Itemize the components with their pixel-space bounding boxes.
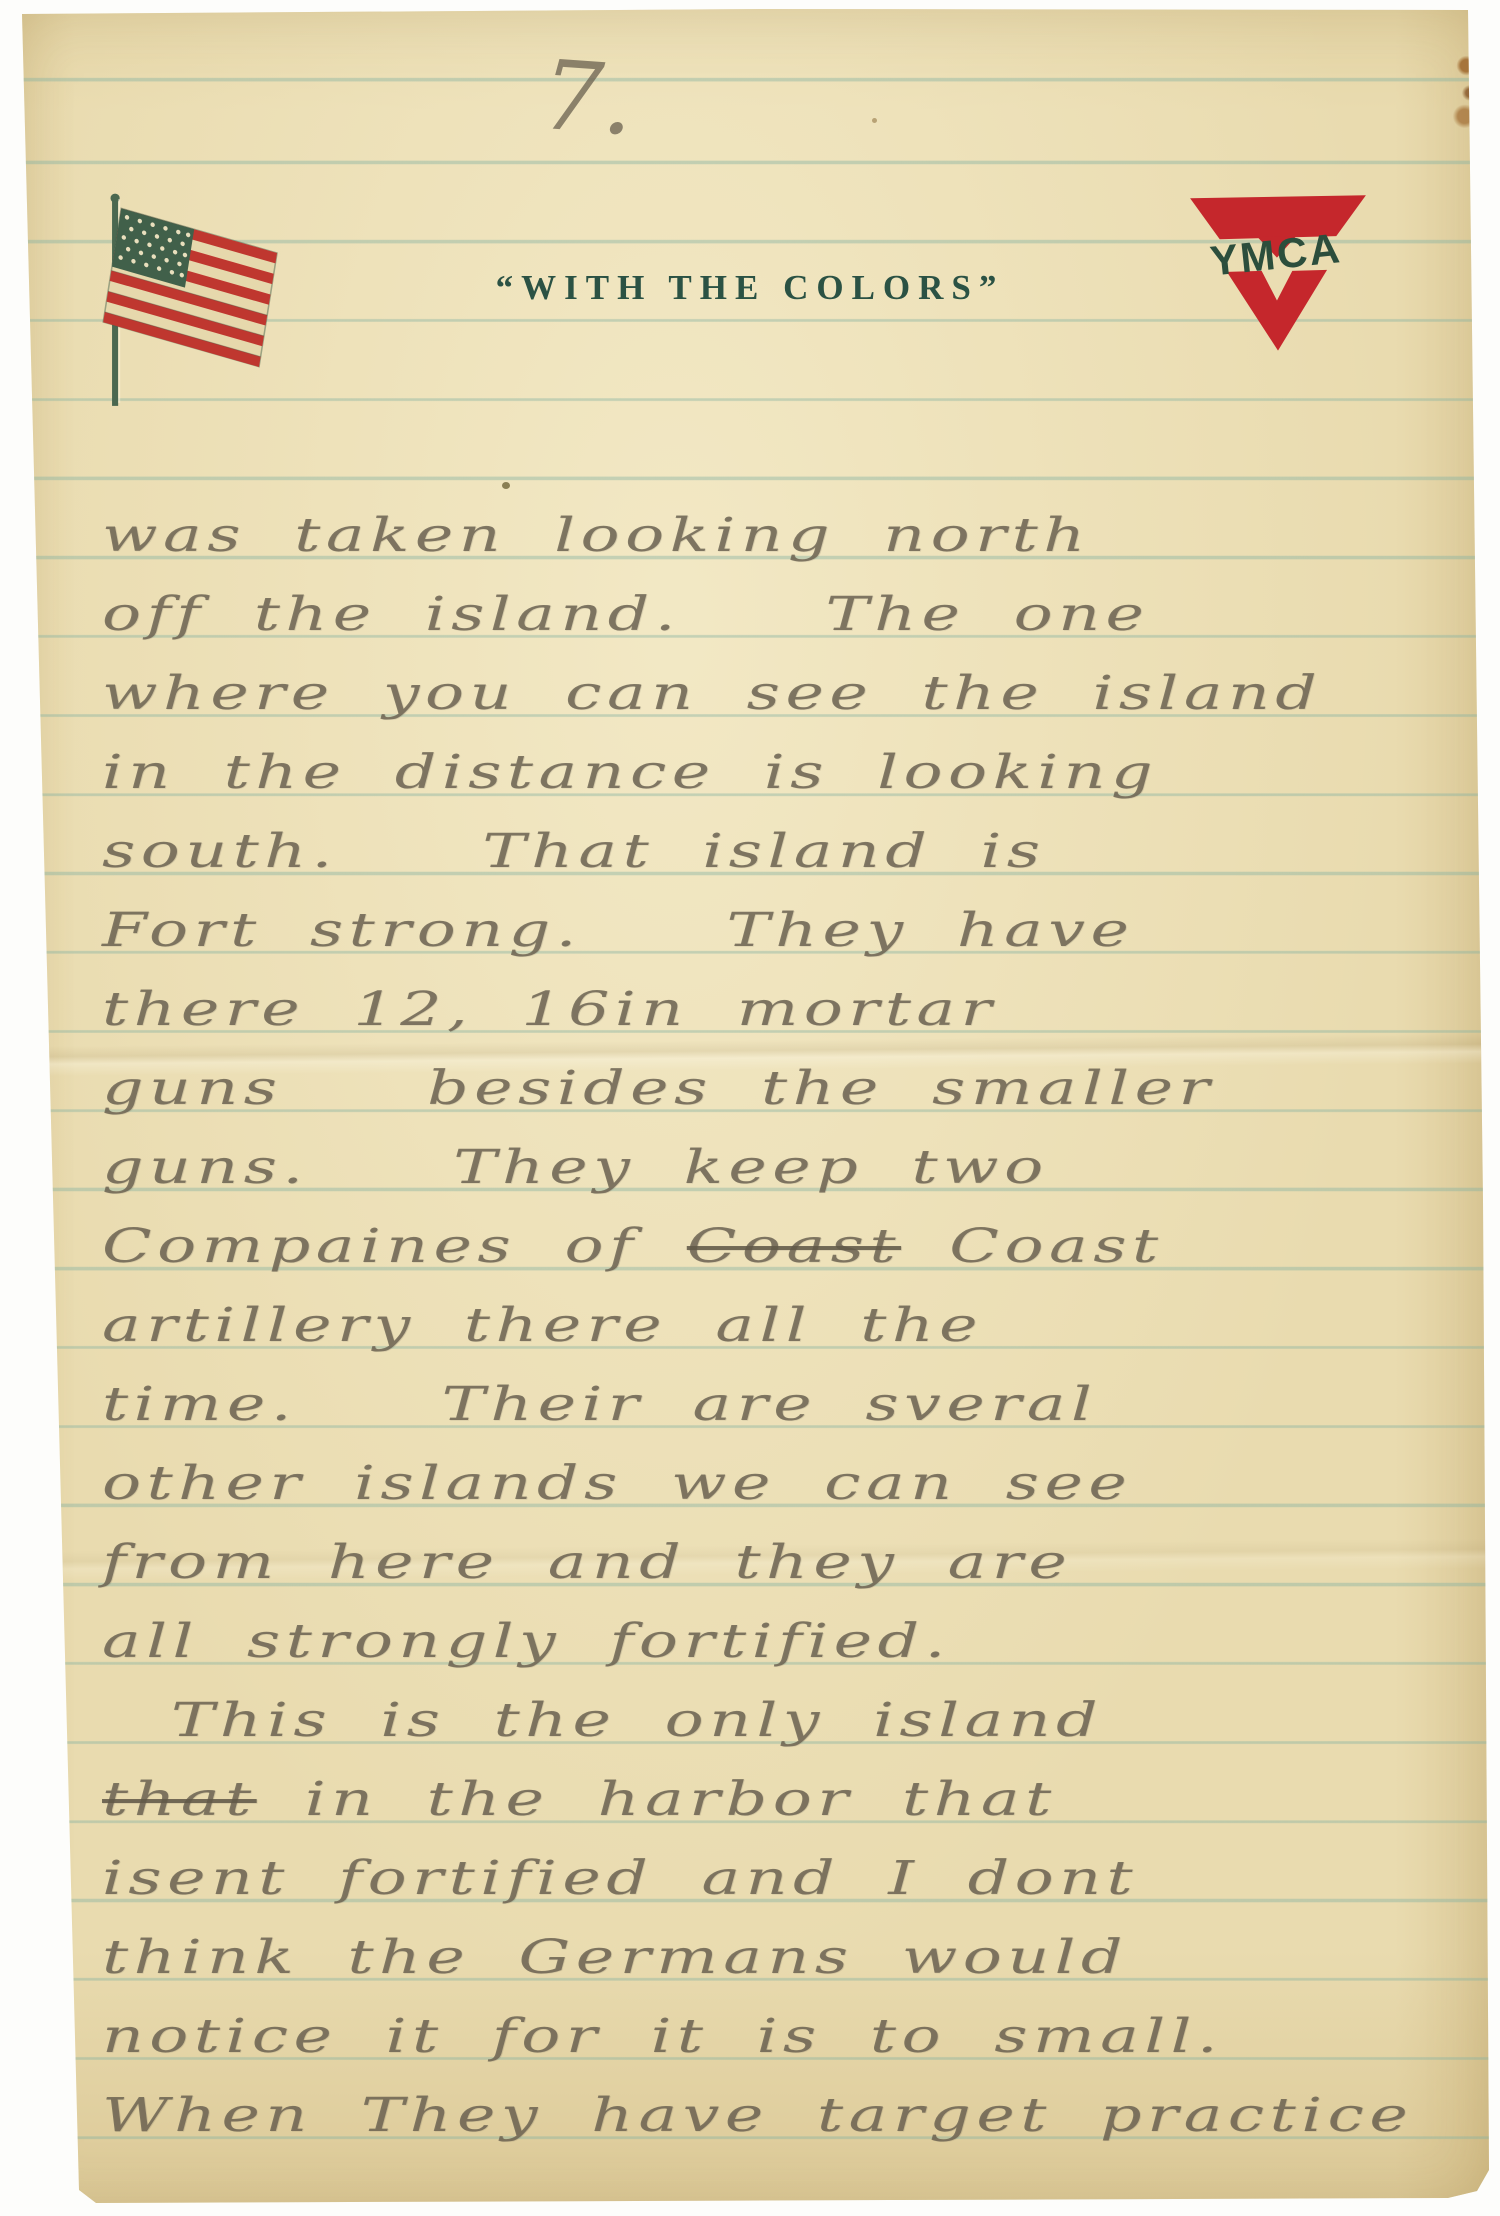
letterhead-title: “WITH THE COLORS” bbox=[496, 268, 1005, 308]
handwritten-line: guns besides the smaller bbox=[102, 1049, 1500, 1128]
handwritten-text: where you can see the island bbox=[102, 666, 1322, 721]
us-flag-icon bbox=[90, 190, 295, 412]
handwritten-text: isent fortified and I dont bbox=[102, 1851, 1138, 1906]
handwritten-line: think the Germans would bbox=[102, 1918, 1500, 1997]
struck-word: Coast bbox=[687, 1219, 901, 1274]
handwritten-text: think the Germans would bbox=[102, 1930, 1128, 1985]
handwritten-text: guns. They keep two bbox=[102, 1140, 1049, 1195]
letter-body: was taken looking northoff the island. T… bbox=[102, 496, 1480, 2155]
paper-speck bbox=[872, 118, 877, 123]
handwritten-text: was taken looking north bbox=[102, 508, 1091, 563]
handwritten-text: Coast bbox=[901, 1219, 1164, 1274]
rust-stain bbox=[1446, 50, 1480, 128]
paper-speck bbox=[502, 482, 510, 489]
handwritten-text: artillery there all the bbox=[102, 1298, 983, 1353]
page-number: 7. bbox=[538, 39, 637, 157]
handwritten-line: in the distance is looking bbox=[102, 733, 1500, 812]
handwritten-line: artillery there all the bbox=[102, 1286, 1500, 1365]
handwritten-text: Fort strong. They have bbox=[102, 903, 1134, 958]
handwritten-text: all strongly fortified. bbox=[102, 1614, 951, 1669]
handwritten-line: south. That island is bbox=[102, 812, 1500, 891]
handwritten-text: Compaines of bbox=[102, 1219, 687, 1274]
handwritten-line: guns. They keep two bbox=[102, 1128, 1500, 1207]
handwritten-line: there 12, 16in mortar bbox=[102, 970, 1500, 1049]
ymca-logo-icon: YMCA bbox=[1186, 194, 1370, 358]
handwritten-line: where you can see the island bbox=[102, 654, 1500, 733]
handwritten-text: When They have target practice bbox=[102, 2088, 1413, 2143]
handwritten-line: This is the only island bbox=[102, 1681, 1500, 1760]
handwritten-text: there 12, 16in mortar bbox=[102, 982, 997, 1037]
handwritten-line: isent fortified and I dont bbox=[102, 1839, 1500, 1918]
struck-word: that bbox=[102, 1772, 257, 1827]
handwritten-text: in the harbor that bbox=[257, 1772, 1057, 1827]
handwritten-text: other islands we can see bbox=[102, 1456, 1132, 1511]
handwritten-line: that in the harbor that bbox=[102, 1760, 1500, 1839]
handwritten-line: off the island. The one bbox=[102, 575, 1500, 654]
handwritten-line: was taken looking north bbox=[102, 496, 1500, 575]
handwritten-line: notice it for it is to small. bbox=[102, 1997, 1500, 2076]
handwritten-line: Fort strong. They have bbox=[102, 891, 1500, 970]
handwritten-line: all strongly fortified. bbox=[102, 1602, 1500, 1681]
handwritten-text: time. Their are sveral bbox=[102, 1377, 1097, 1432]
handwritten-text: This is the only island bbox=[171, 1693, 1103, 1748]
handwritten-line: When They have target practice bbox=[102, 2076, 1500, 2155]
handwritten-text: guns besides the smaller bbox=[102, 1061, 1215, 1116]
handwritten-line: other islands we can see bbox=[102, 1444, 1500, 1523]
handwritten-text: notice it for it is to small. bbox=[102, 2009, 1223, 2064]
handwritten-line: from here and they are bbox=[102, 1523, 1500, 1602]
handwritten-line: time. Their are sveral bbox=[102, 1365, 1500, 1444]
handwritten-line: Compaines of Coast Coast bbox=[102, 1207, 1500, 1286]
handwritten-text: south. That island is bbox=[102, 824, 1046, 879]
handwritten-text: in the distance is looking bbox=[102, 745, 1158, 800]
handwritten-text: off the island. The one bbox=[102, 587, 1149, 642]
handwritten-text: from here and they are bbox=[102, 1535, 1072, 1590]
letter-paper: 7. bbox=[0, 0, 1500, 2216]
